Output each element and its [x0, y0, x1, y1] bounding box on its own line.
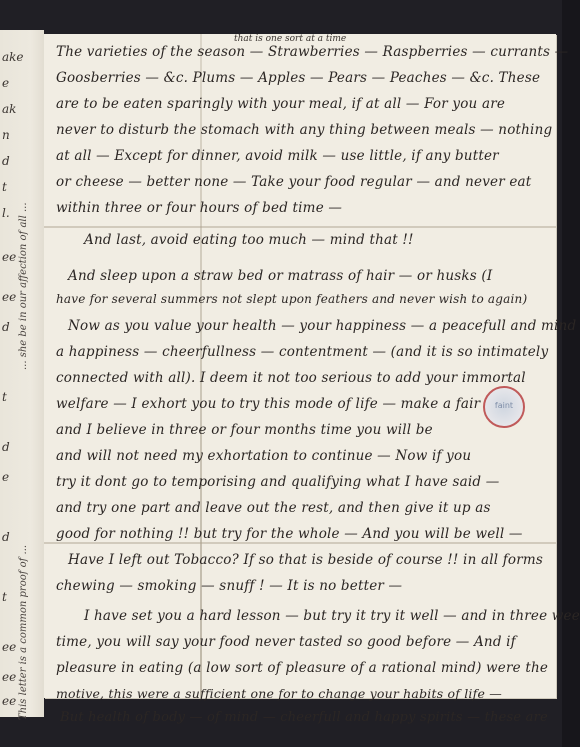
letter-line: time, you will say your food never taste… — [56, 634, 516, 650]
letter-line: Goosberries — &c. Plums — Apples — Pears… — [56, 70, 540, 86]
left-fragment: ee — [2, 694, 16, 708]
letter-line: and I believe in three or four months ti… — [56, 422, 433, 438]
left-fragment: d — [2, 154, 10, 168]
letter-line: and try one part and leave out the rest,… — [56, 500, 491, 516]
fold-crease-horizontal — [44, 542, 556, 544]
postal-stamp-mark: faint — [483, 386, 525, 428]
letter-line: I have set you a hard lesson — but try i… — [84, 608, 580, 624]
left-fragment: ee — [2, 250, 16, 264]
letter-line: But health of body — of mind — cheerfull… — [60, 710, 548, 725]
left-fragment: t — [2, 590, 7, 604]
letter-line: never to disturb the stomach with any th… — [56, 122, 552, 138]
letter-line: and will not need my exhortation to cont… — [56, 448, 471, 464]
letter-page: that is one sort at a time The varieties… — [44, 34, 556, 698]
left-fragment: e — [2, 76, 9, 90]
letter-line: welfare — I exhort you to try this mode … — [56, 396, 514, 412]
letter-line: And last, avoid eating too much — mind t… — [84, 232, 414, 248]
left-fragment: l. — [2, 206, 10, 220]
letter-line: within three or four hours of bed time — — [56, 200, 342, 216]
letter-line: chewing — smoking — snuff ! — It is no b… — [56, 578, 402, 594]
letter-line: a happiness — cheerfullness — contentmen… — [56, 344, 548, 360]
letter-line: Have I left out Tobacco? If so that is b… — [68, 552, 543, 568]
margin-vertical-note: ... she be in our affection of all ... — [18, 202, 29, 370]
letter-line: connected with all). I deem it not too s… — [56, 370, 526, 386]
left-fragment: d — [2, 440, 10, 454]
left-fragment: n — [2, 128, 10, 142]
left-fragment: ake — [2, 50, 24, 64]
letter-line: or cheese — better none — Take your food… — [56, 174, 531, 190]
letter-line: are to be eaten sparingly with your meal… — [56, 96, 505, 112]
letter-line: Now as you value your health — your happ… — [68, 318, 576, 334]
left-fragment: e — [2, 470, 9, 484]
letter-line: The varieties of the season — Strawberri… — [56, 44, 568, 60]
left-fragment: d — [2, 320, 10, 334]
letter-line: at all — Except for dinner, avoid milk —… — [56, 148, 499, 164]
left-fragment: t — [2, 180, 7, 194]
left-fragment: ak — [2, 102, 16, 116]
letter-line: pleasure in eating (a low sort of pleasu… — [56, 660, 548, 676]
left-fragment: ee — [2, 640, 16, 654]
left-fragment: d — [2, 530, 10, 544]
fold-crease-horizontal — [44, 226, 556, 228]
left-fragment: ee — [2, 290, 16, 304]
margin-vertical-note: This letter is a common proof of ... — [18, 545, 29, 720]
letter-line: good for nothing !! but try for the whol… — [56, 526, 523, 542]
scan-edge — [562, 0, 580, 747]
letter-line: motive, this were a sufficient one for t… — [56, 686, 502, 701]
letter-line: try it dont go to temporising and qualif… — [56, 474, 499, 490]
interlinear-insertion: that is one sort at a time — [234, 34, 346, 44]
left-fragment: t — [2, 390, 7, 404]
letter-line: have for several summers not slept upon … — [56, 292, 527, 306]
left-fragment: ee — [2, 670, 16, 684]
letter-line: And sleep upon a straw bed or matrass of… — [68, 268, 492, 284]
